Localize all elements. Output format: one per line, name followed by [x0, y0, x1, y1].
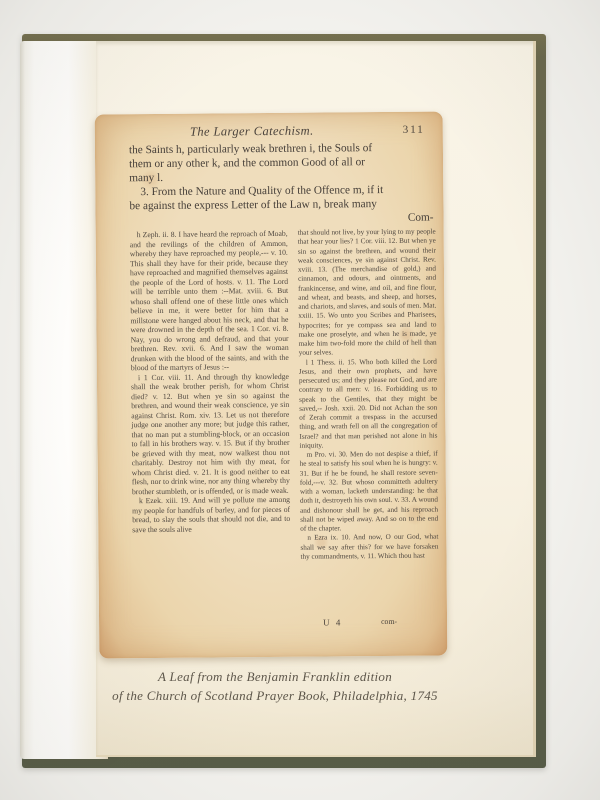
body-catchword-line: Com- — [129, 211, 433, 228]
caption-line-2: of the Church of Scotland Prayer Book, P… — [97, 687, 453, 706]
catchword: com- — [381, 617, 397, 626]
leaf-body-text: the Saints h, particularly weak brethren… — [129, 141, 434, 228]
signature-mark: U 4 — [323, 617, 342, 627]
footnotes-block: h Zeph. ii. 8. I have heard the reproach… — [96, 227, 447, 618]
footnote-k: k Ezek. xiii. 19. And will ye pollute me… — [132, 495, 290, 534]
footnote-i: i 1 Cor. viii. 11. And through thy knowl… — [131, 371, 290, 496]
footnote-n: n Ezra ix. 10. And now, O our God, what … — [300, 533, 438, 562]
footnote-h: h Zeph. ii. 8. I have heard the reproach… — [130, 229, 289, 373]
footnote-l: l 1 Thess. ii. 15. Who both killed the L… — [299, 357, 438, 451]
footnotes-left-column: h Zeph. ii. 8. I have heard the reproach… — [130, 229, 291, 534]
photograph: The Larger Catechism. 311 the Saints h, … — [0, 0, 600, 800]
signature-line: U 4 com- — [301, 617, 441, 630]
footnote-k-continued: that should not live, by your lying to m… — [298, 228, 437, 359]
footnote-m: m Pro. vi. 30. Men do not despise a thie… — [300, 450, 439, 534]
footnotes-right-column: that should not live, by your lying to m… — [298, 228, 439, 562]
caption-line-1: A Leaf from the Benjamin Franklin editio… — [97, 668, 453, 687]
catechism-leaf: The Larger Catechism. 311 the Saints h, … — [95, 111, 448, 658]
running-title: The Larger Catechism. — [129, 123, 375, 140]
leaf-header: The Larger Catechism. 311 — [129, 123, 433, 142]
caption: A Leaf from the Benjamin Franklin editio… — [97, 668, 453, 705]
page-number: 311 — [403, 124, 425, 136]
